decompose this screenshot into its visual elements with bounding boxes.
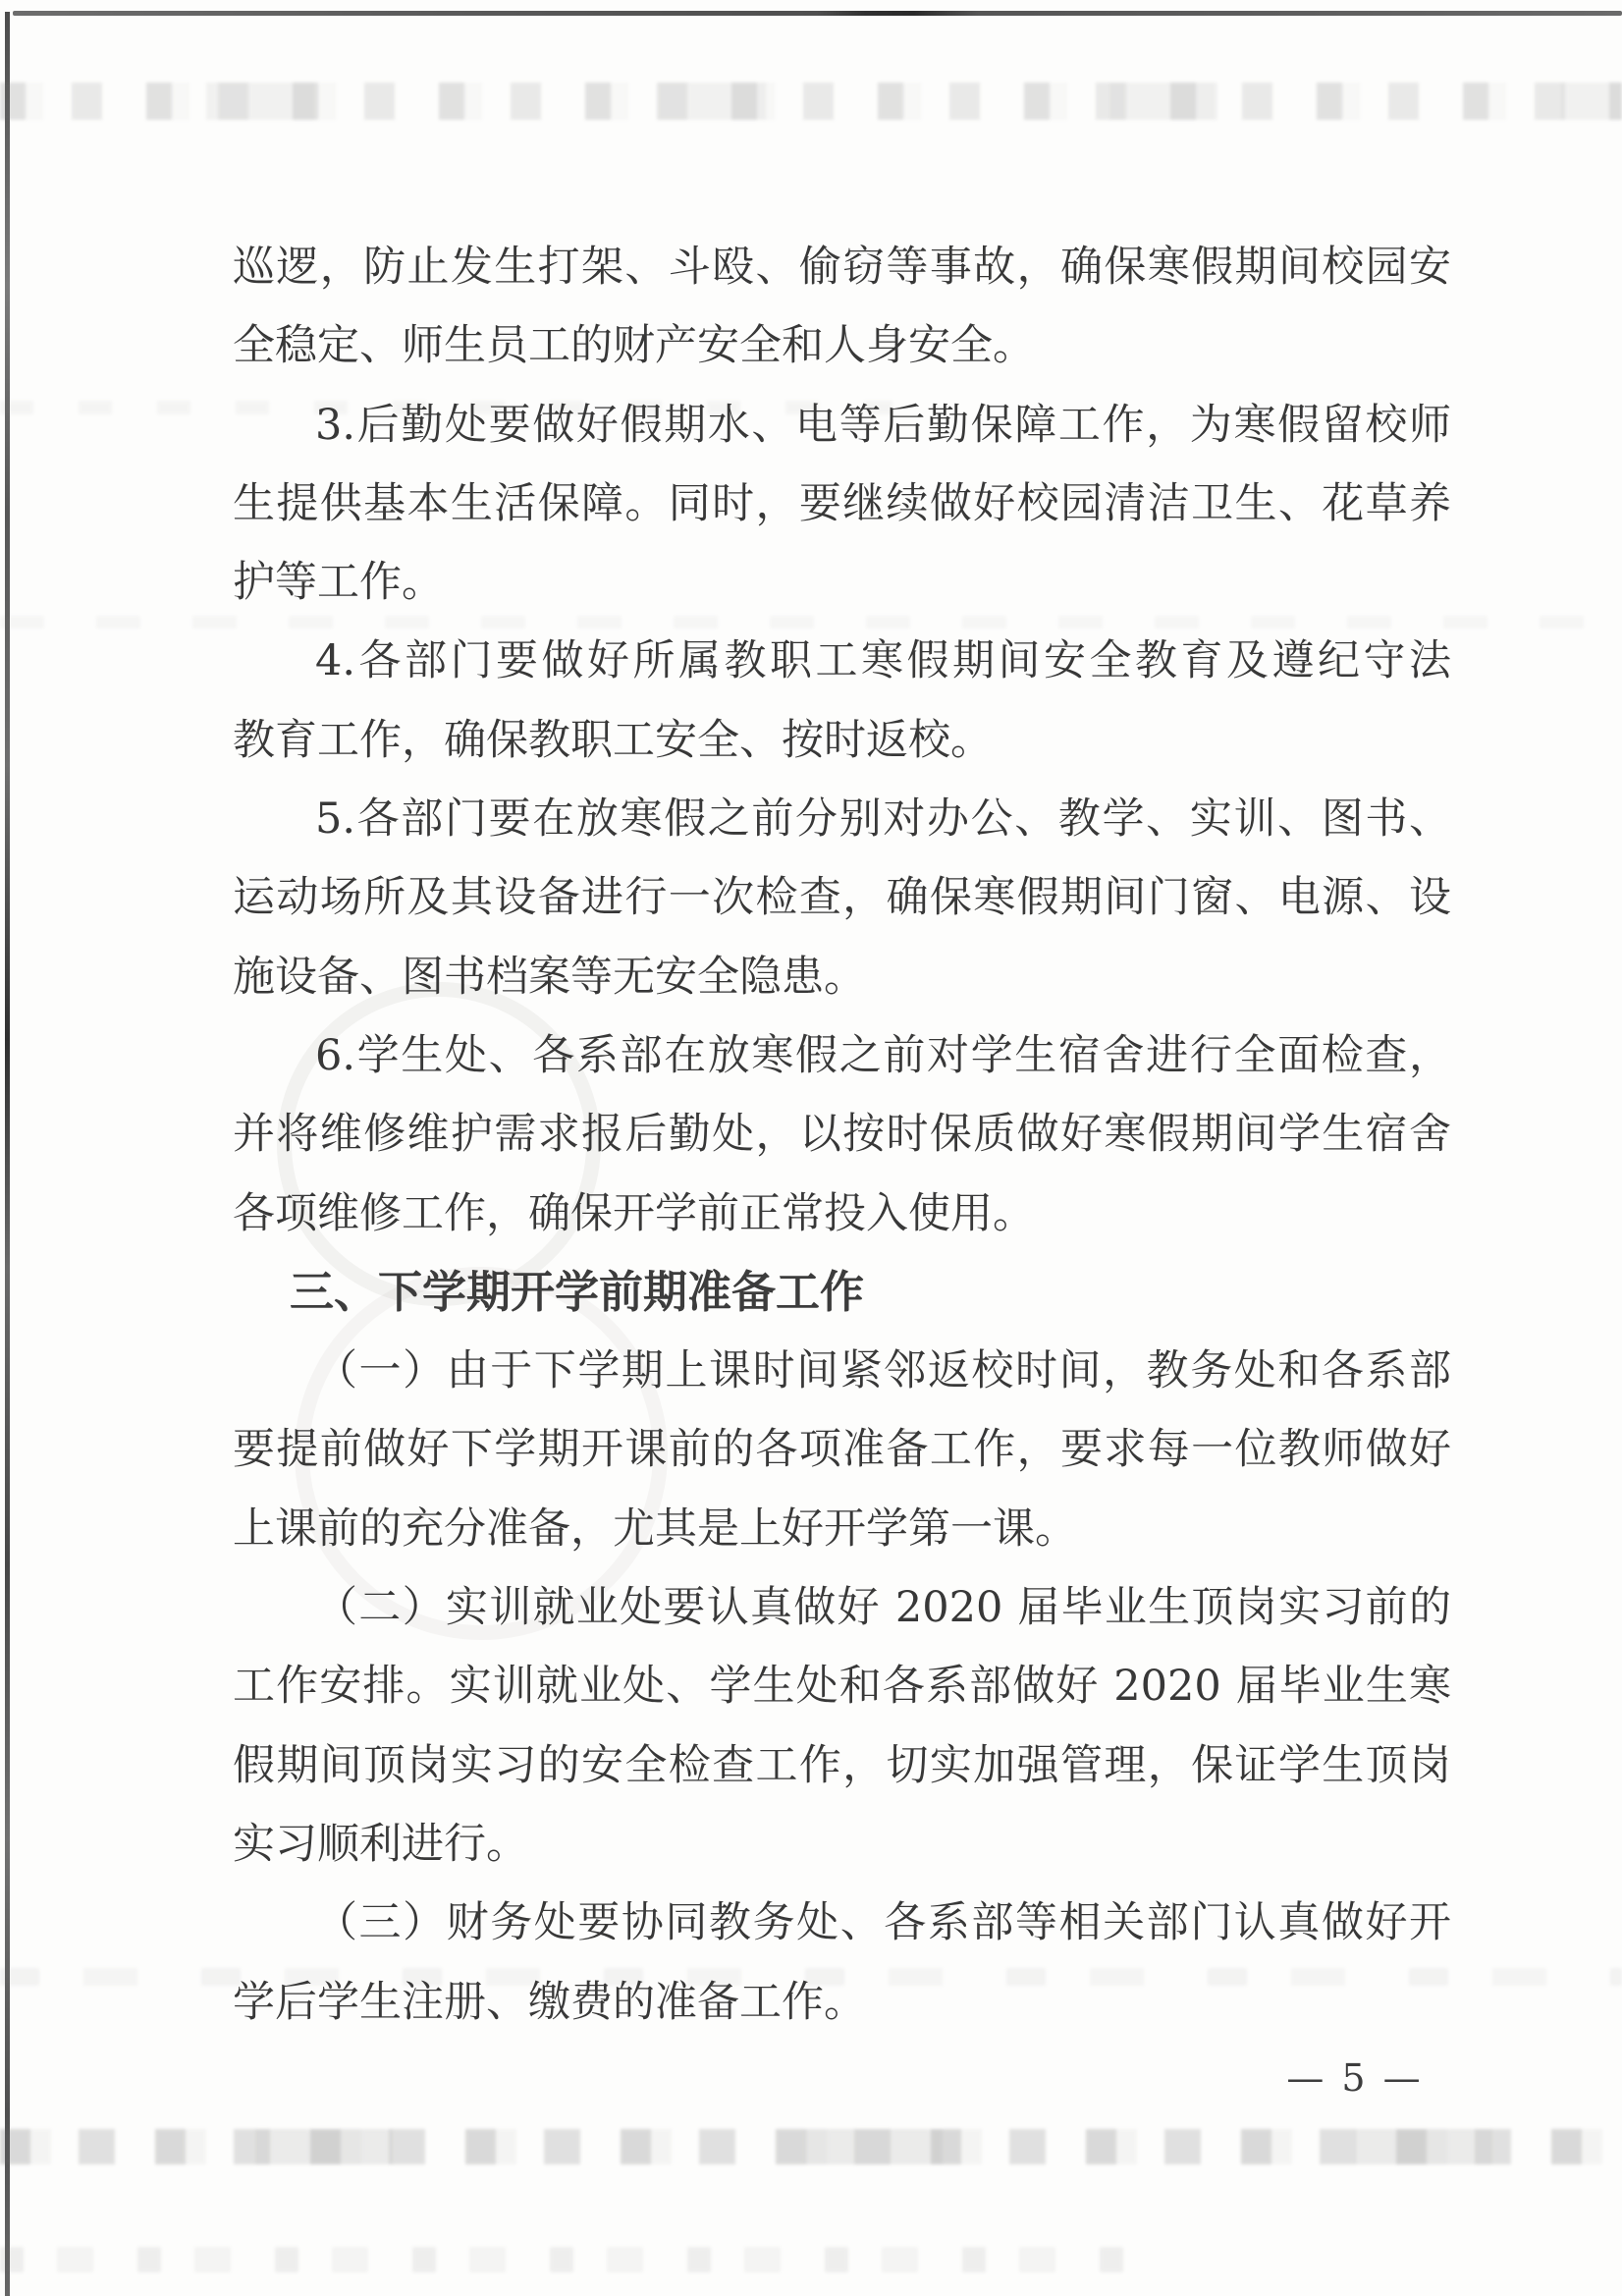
text-line: 护等工作。 [233,543,1451,622]
text-line: 实习顺利进行。 [233,1805,1451,1884]
text-line: 5.各部门要在放寒假之前分别对办公、教学、实训、图书、 [233,780,1451,858]
text-line: （三）财务处要协同教务处、各系部等相关部门认真做好开 [233,1884,1451,1962]
text-line: 全稳定、师生员工的财产安全和人身安全。 [233,306,1451,385]
text-line: 假期间顶岗实习的安全检查工作，切实加强管理，保证学生顶岗 [233,1726,1451,1805]
text-line: 并将维修维护需求报后勤处，以按时保质做好寒假期间学生宿舍 [233,1095,1451,1174]
scan-noise-band-top [0,82,1622,120]
document-body: 巡逻，防止发生打架、斗殴、偷窃等事故，确保寒假期间校园安 全稳定、师生员工的财产… [233,228,1451,2042]
text-line: 巡逻，防止发生打架、斗殴、偷窃等事故，确保寒假期间校园安 [233,228,1451,306]
text-line: 教育工作，确保教职工安全、按时返校。 [233,701,1451,780]
text-line: 4.各部门要做好所属教职工寒假期间安全教育及遵纪守法 [233,622,1451,700]
text-line: 运动场所及其设备进行一次检查，确保寒假期间门窗、电源、设 [233,858,1451,937]
text-line: 3.后勤处要做好假期水、电等后勤保障工作，为寒假留校师 [233,386,1451,465]
text-line: 各项维修工作，确保开学前正常投入使用。 [233,1175,1451,1253]
document-page: 巡逻，防止发生打架、斗殴、偷窃等事故，确保寒假期间校园安 全稳定、师生员工的财产… [0,0,1622,2296]
text-line: 生提供基本生活保障。同时，要继续做好校园清洁卫生、花草养 [233,465,1451,543]
text-line: 要提前做好下学期开课前的各项准备工作，要求每一位教师做好 [233,1410,1451,1489]
scan-noise-band-bottom [0,2129,1622,2164]
scan-top-edge-line [13,11,1622,16]
scan-noise-band-bottom-2 [0,2247,1135,2272]
text-line: 工作安排。实训就业处、学生处和各系部做好 2020 届毕业生寒 [233,1647,1451,1725]
text-line: 上课前的充分准备，尤其是上好开学第一课。 [233,1490,1451,1568]
text-line: （一）由于下学期上课时间紧邻返校时间，教务处和各系部 [233,1332,1451,1410]
text-line: （二）实训就业处要认真做好 2020 届毕业生顶岗实习前的 [233,1568,1451,1647]
text-line: 学后学生注册、缴费的准备工作。 [233,1963,1451,2042]
scan-left-edge-line [5,12,10,2296]
text-line: 施设备、图书档案等无安全隐患。 [233,938,1451,1016]
page-number: — 5 — [1267,2056,1443,2100]
section-heading: 三、下学期开学前期准备工作 [233,1253,1451,1332]
text-line: 6.学生处、各系部在放寒假之前对学生宿舍进行全面检查， [233,1016,1451,1095]
